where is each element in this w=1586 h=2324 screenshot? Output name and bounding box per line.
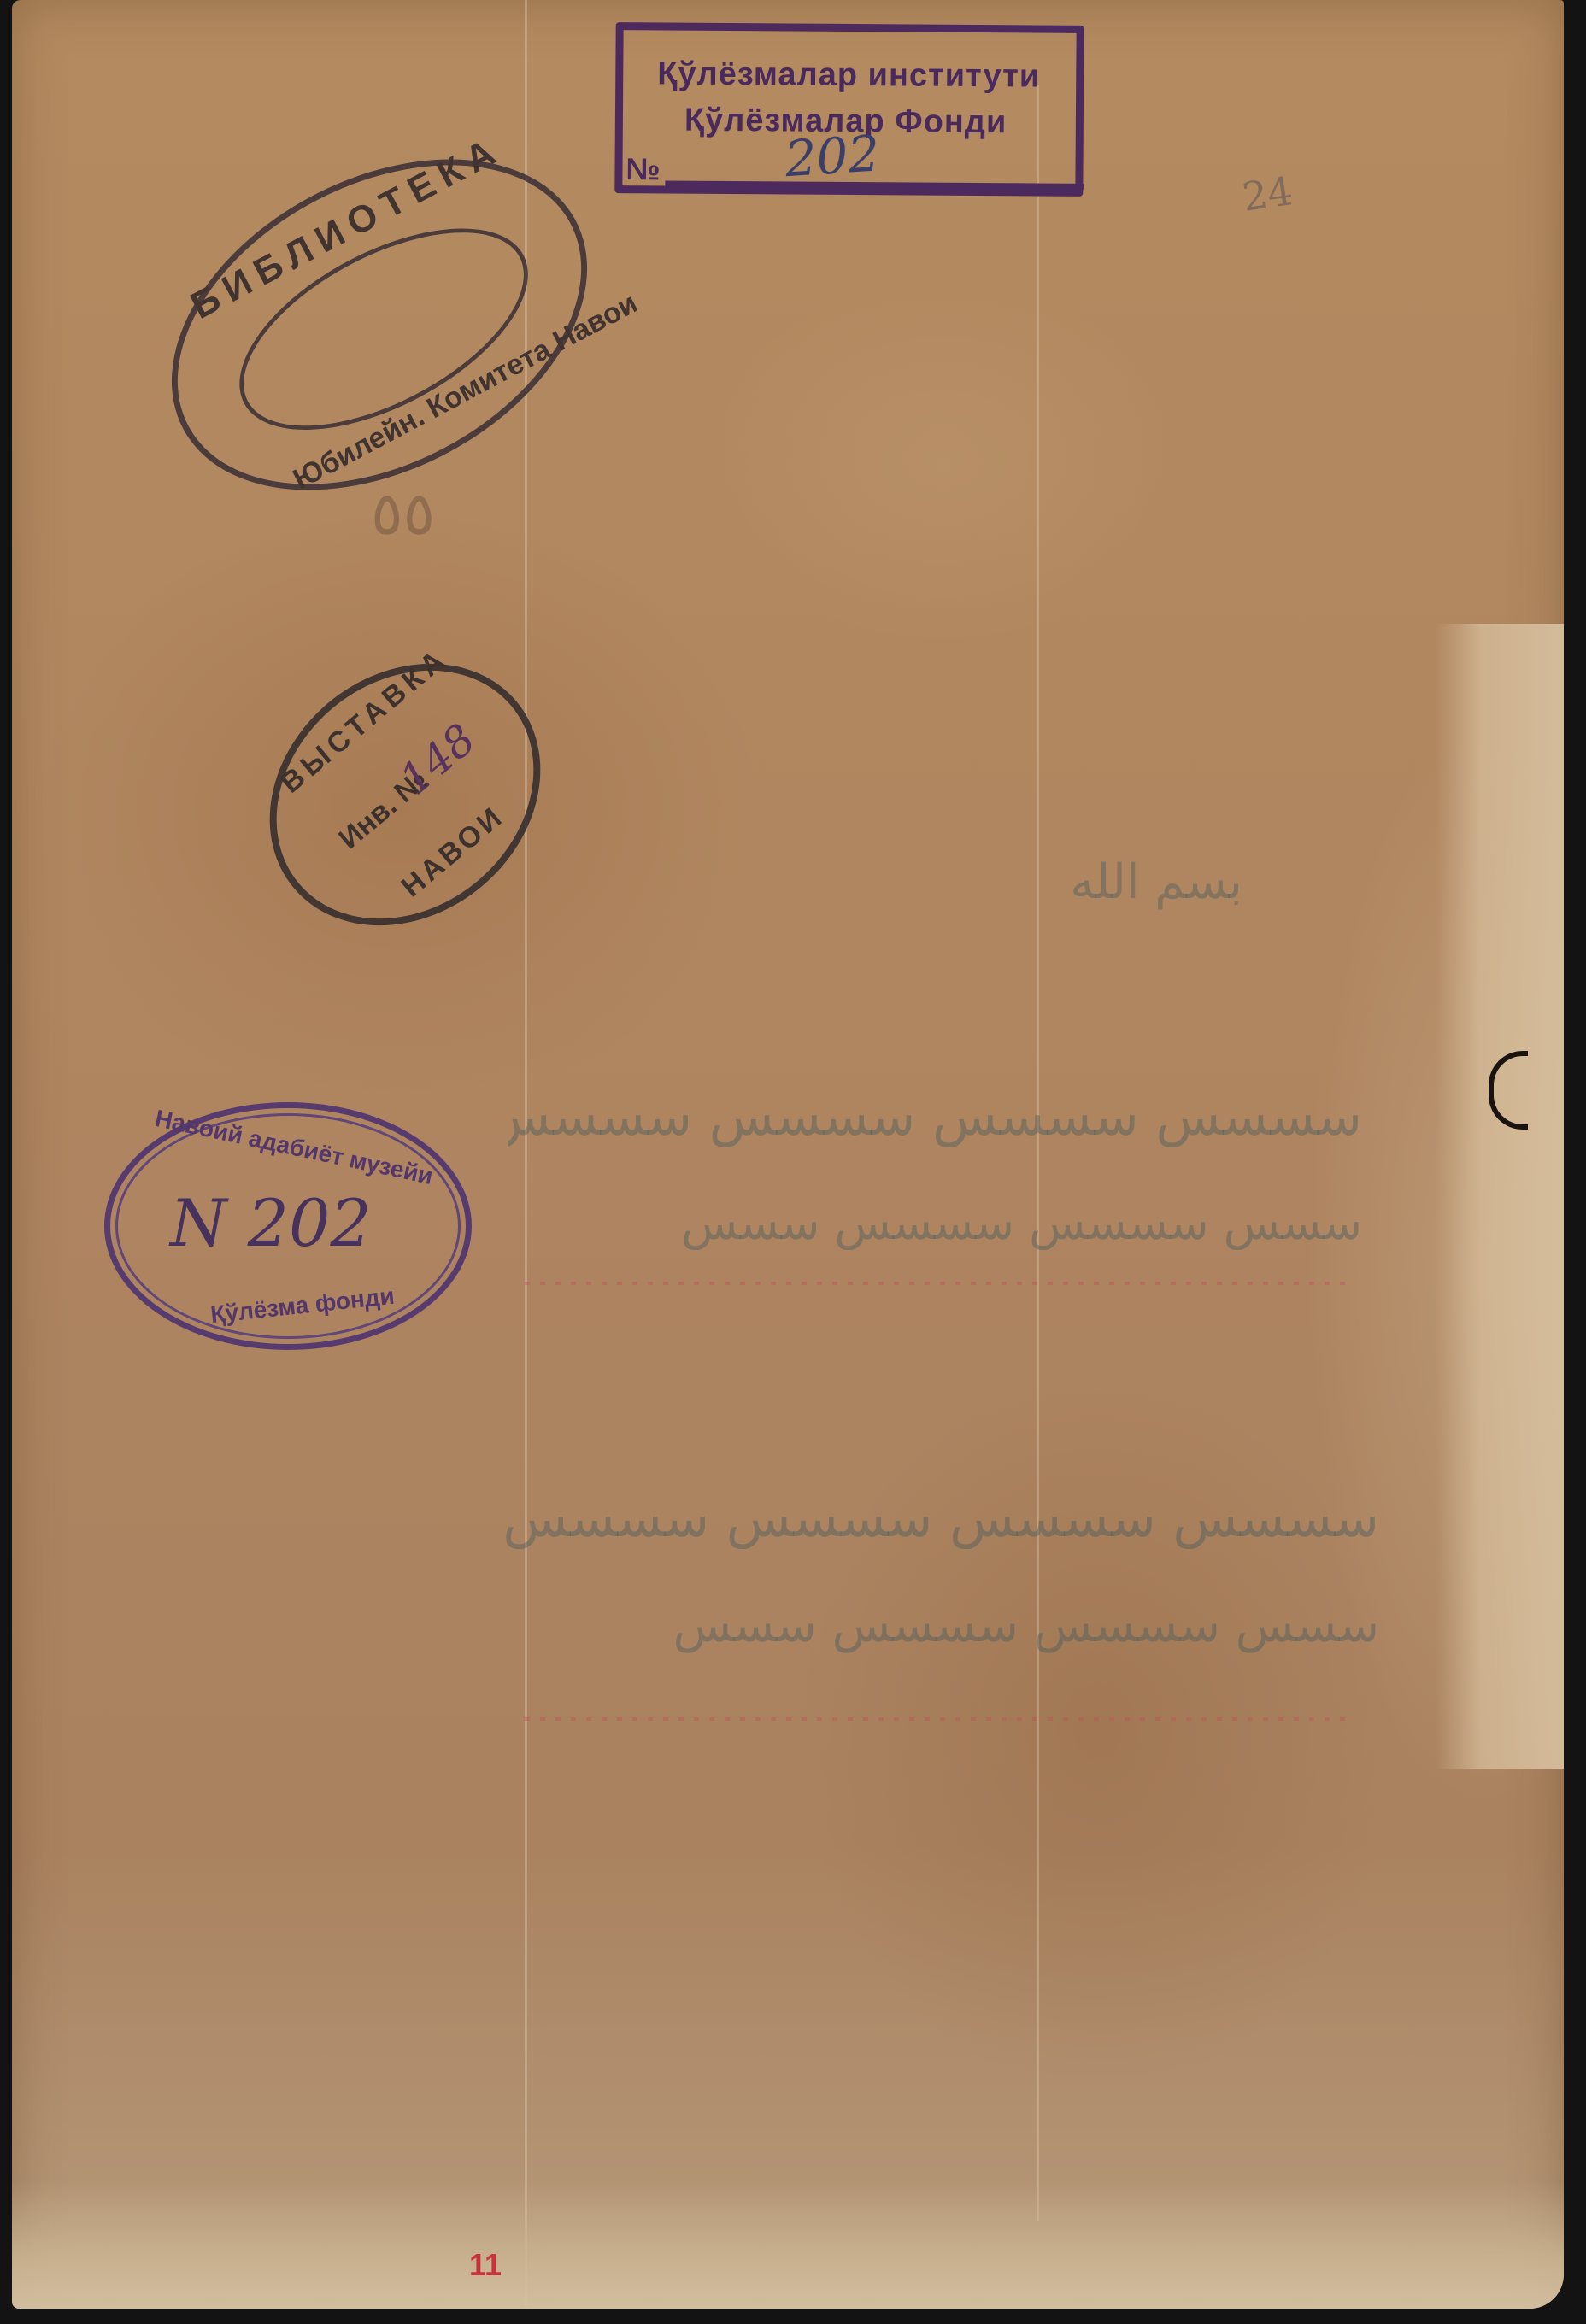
worn-bottom-edge — [12, 2180, 1564, 2309]
pencil-note-center: ٥٥ — [371, 478, 435, 549]
exhibition-stamp: ВЫСТАВКА Инв. № 148 НАВОИ — [217, 609, 593, 979]
calligraphy-line: سسسس سسسس سسسس سسسس — [499, 1487, 1379, 1549]
museum-stamp-number: N 202 — [170, 1185, 372, 1261]
calligraphy-line: سسس سسسس سسسس سسس — [508, 1196, 1362, 1250]
institute-stamp-underline — [665, 180, 1084, 189]
red-margin-mark: 11 — [469, 2247, 502, 2283]
calligraphy-heading: بسم الله — [644, 854, 1242, 910]
paper-crease — [1037, 85, 1039, 2221]
red-rule — [525, 1282, 1345, 1285]
institute-stamp-number: 202 — [784, 124, 882, 188]
torn-right-edge — [1436, 624, 1564, 1769]
institute-stamp-line1: Қўлёзмалар институти — [657, 56, 1040, 95]
manuscript-cover: 24 ٥٥ Қўлёзмалар институти Қўлёзмалар Фо… — [12, 0, 1564, 2309]
pencil-note-top: 24 — [1240, 167, 1295, 220]
institute-stamp: Қўлёзмалар институти Қўлёзмалар Фонди № … — [614, 22, 1084, 197]
calligraphy-line: سسس سسسس سسسس سسس — [499, 1598, 1379, 1653]
red-rule — [525, 1717, 1345, 1721]
calligraphy-line: سسسس سسسس سسسس سسسس — [508, 1085, 1362, 1147]
institute-stamp-number-label: № — [626, 151, 660, 187]
museum-stamp: Навоий адабиёт музейи N 202 Қўлёзма фонд… — [104, 1102, 472, 1350]
exhibition-stamp-bottom-text: НАВОИ — [396, 800, 511, 904]
